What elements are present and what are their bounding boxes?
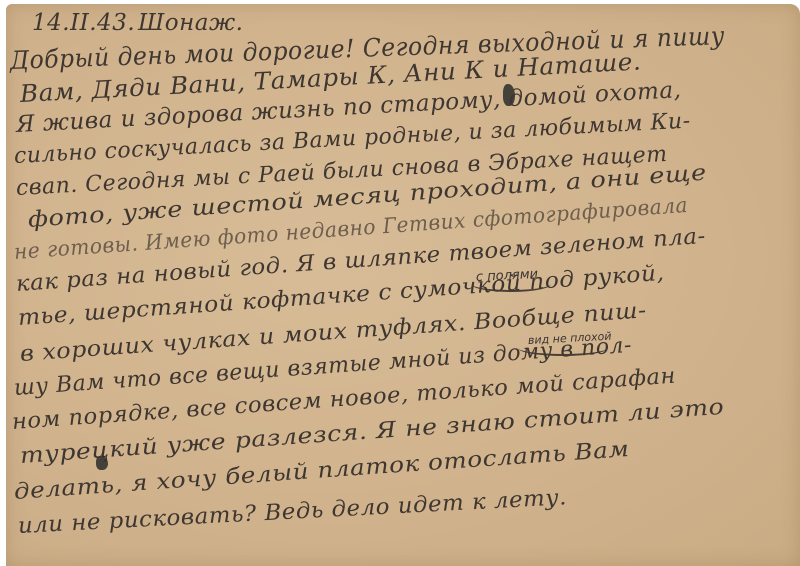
- letter-place: Шонаж.: [138, 10, 243, 36]
- postcard-paper: 14.II.43. Шонаж. Добрый день мои дорогие…: [6, 4, 800, 562]
- ink-blot: [96, 456, 108, 470]
- letter-date: 14.II.43.: [32, 10, 135, 36]
